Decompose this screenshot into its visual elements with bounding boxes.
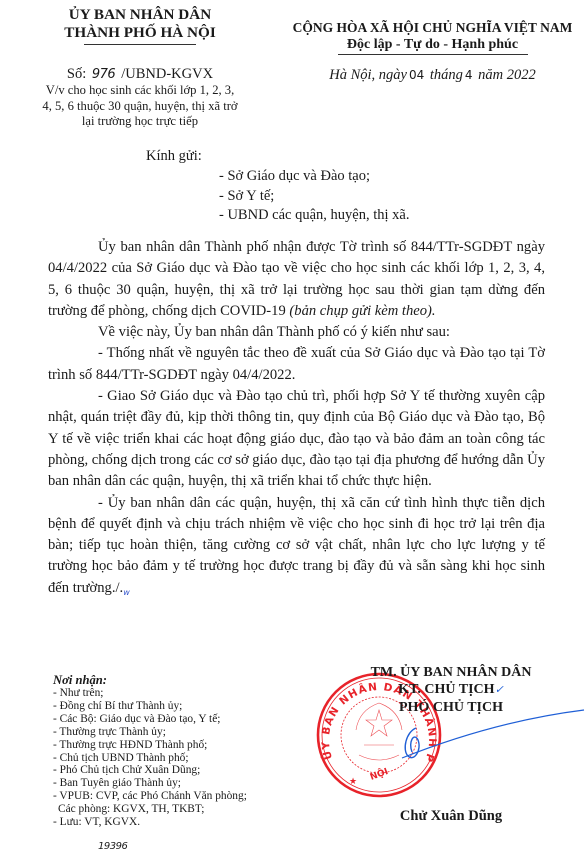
recipients-list: - Sở Giáo dục và Đào tạo; - Sở Y tế; - U… bbox=[219, 167, 409, 226]
distribution-item: - Phó Chủ tịch Chử Xuân Dũng; bbox=[53, 764, 293, 777]
initial-mark: w bbox=[123, 588, 130, 597]
distribution-item: - Thường trực Thành ủy; bbox=[53, 726, 293, 739]
recipient-item: - Sở Giáo dục và Đào tạo; bbox=[219, 167, 409, 187]
issuer-line-2: THÀNH PHỐ HÀ NỘI bbox=[40, 24, 240, 42]
svg-text:★: ★ bbox=[349, 776, 357, 786]
recipient-item: - UBND các quận, huyện, thị xã. bbox=[219, 206, 409, 226]
doc-number-suffix: /UBND-KGVX bbox=[121, 66, 213, 82]
distribution-item: Các phòng: KGVX, TH, TKBT; bbox=[53, 803, 293, 816]
recipient-item: - Sở Y tế; bbox=[219, 187, 409, 207]
issuer-underline bbox=[84, 44, 196, 45]
signature-block: TM. ỦY BAN NHÂN DÂN KT. CHỦ TỊCH✓ PHÓ CH… bbox=[336, 664, 566, 716]
document-body: Ủy ban nhân dân Thành phố nhận được Tờ t… bbox=[48, 237, 545, 603]
attachment-note: (bản chụp gửi kèm theo). bbox=[289, 303, 435, 319]
paragraph-text: - Ủy ban nhân dân các quận, huyện, thị x… bbox=[48, 495, 545, 596]
body-paragraph-4: - Giao Sở Giáo dục và Đào tạo chủ trì, p… bbox=[48, 386, 545, 492]
date-place: Hà Nội, ngày bbox=[329, 67, 407, 83]
doc-number-handwritten: 976 bbox=[90, 67, 121, 82]
date-line: Hà Nội, ngày04 tháng4 năm 2022 bbox=[285, 67, 580, 84]
distribution-item: - Các Bộ: Giáo dục và Đào tạo, Y tế; bbox=[53, 713, 293, 726]
document-number: Số: 976/UBND-KGVX bbox=[40, 66, 240, 83]
national-header: CỘNG HÒA XÃ HỘI CHỦ NGHĨA VIỆT NAM Độc l… bbox=[285, 20, 580, 55]
initial-check-icon: ✓ bbox=[495, 684, 504, 696]
date-month: 4 bbox=[463, 68, 475, 82]
body-paragraph-5: - Ủy ban nhân dân các quận, huyện, thị x… bbox=[48, 493, 545, 603]
date-year: năm 2022 bbox=[478, 67, 536, 83]
date-month-label: tháng bbox=[430, 67, 463, 83]
date-day: 04 bbox=[407, 68, 426, 82]
distribution-item: - Ban Tuyên giáo Thành ủy; bbox=[53, 777, 293, 790]
distribution-item: - Lưu: VT, KGVX. bbox=[53, 816, 293, 829]
svg-text:NỘI: NỘI bbox=[368, 766, 389, 783]
distribution-item: - Chủ tịch UBND Thành phố; bbox=[53, 752, 293, 765]
distribution-item: - VPUB: CVP, các Phó Chánh Văn phòng; bbox=[53, 790, 293, 803]
nation-title: CỘNG HÒA XÃ HỘI CHỦ NGHĨA VIỆT NAM bbox=[285, 20, 580, 36]
distribution-item: - Như trên; bbox=[53, 687, 293, 700]
signatory-name: Chử Xuân Dũng bbox=[336, 808, 566, 825]
distribution-title: Nơi nhận: bbox=[53, 673, 293, 687]
distribution-item: - Đồng chí Bí thư Thành ủy; bbox=[53, 700, 293, 713]
doc-number-prefix: Số: bbox=[67, 66, 86, 82]
signature-line-2: KT. CHỦ TỊCH✓ bbox=[336, 681, 566, 699]
body-paragraph-2: Về việc này, Ủy ban nhân dân Thành phố c… bbox=[48, 322, 545, 343]
issuer-line-1: ỦY BAN NHÂN DÂN bbox=[40, 6, 240, 24]
handwritten-reference-number: 19396 bbox=[98, 841, 127, 852]
body-paragraph-1: Ủy ban nhân dân Thành phố nhận được Tờ t… bbox=[48, 237, 545, 322]
subject-line: V/v cho học sinh các khối lớp 1, 2, 3, 4… bbox=[40, 83, 240, 130]
signature-authority: KT. CHỦ TỊCH bbox=[398, 682, 494, 697]
signature-line-3: PHÓ CHỦ TỊCH bbox=[336, 699, 566, 716]
motto-underline bbox=[338, 54, 528, 55]
body-paragraph-3: - Thống nhất về nguyên tắc theo đề xuất … bbox=[48, 343, 545, 386]
recipients-label: Kính gửi: bbox=[146, 148, 202, 165]
signature-line-1: TM. ỦY BAN NHÂN DÂN bbox=[336, 664, 566, 681]
national-motto: Độc lập - Tự do - Hạnh phúc bbox=[285, 36, 580, 53]
issuer-block: ỦY BAN NHÂN DÂN THÀNH PHỐ HÀ NỘI bbox=[40, 6, 240, 45]
distribution-item: - Thường trực HĐND Thành phố; bbox=[53, 739, 293, 752]
distribution-list: Nơi nhận: - Như trên; - Đồng chí Bí thư … bbox=[53, 673, 293, 829]
